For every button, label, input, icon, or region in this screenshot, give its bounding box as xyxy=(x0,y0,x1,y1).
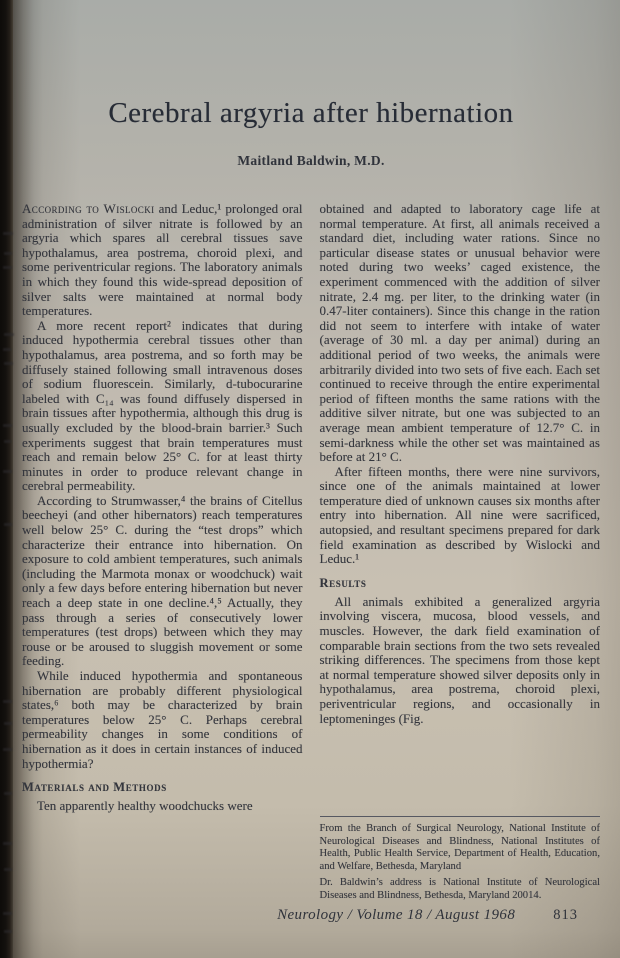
page-number: 813 xyxy=(553,907,578,924)
section-heading-results: Results xyxy=(320,576,601,590)
article-author: Maitland Baldwin, M.D. xyxy=(22,153,600,169)
page-content: Cerebral argyria after hibernation Maitl… xyxy=(22,0,600,924)
footnote-address: Dr. Baldwin’s address is National Instit… xyxy=(320,877,601,902)
paragraph-strumwasser: According to Strumwasser,⁴ the brains of… xyxy=(22,494,303,669)
paragraph-question: While induced hypothermia and spontaneou… xyxy=(22,669,303,771)
paragraph-methods-continued: obtained and adapted to laboratory cage … xyxy=(320,202,601,465)
journal-citation: Neurology / Volume 18 / August 1968 xyxy=(277,907,515,924)
small-caps-lead: According to Wislocki xyxy=(22,202,155,216)
left-column: According to Wislocki and Leduc,¹ prolon… xyxy=(22,202,303,902)
article-title: Cerebral argyria after hibernation xyxy=(22,97,600,130)
book-spine xyxy=(0,0,13,958)
paragraph-hypothermia-report: A more recent report² indicates that dur… xyxy=(22,319,303,494)
paragraph-intro-rest: and Leduc,¹ prolonged oral administratio… xyxy=(22,202,303,318)
footnote-affiliation: From the Branch of Surgical Neurology, N… xyxy=(320,823,601,873)
right-column: obtained and adapted to laboratory cage … xyxy=(320,202,601,902)
scanned-journal-page: Cerebral argyria after hibernation Maitl… xyxy=(0,0,620,958)
paragraph-intro: According to Wislocki and Leduc,¹ prolon… xyxy=(22,202,303,319)
two-column-body: According to Wislocki and Leduc,¹ prolon… xyxy=(22,202,600,902)
section-heading-materials-and-methods: Materials and Methods xyxy=(22,780,303,794)
paragraph-survivors: After fifteen months, there were nine su… xyxy=(320,465,601,567)
footnote-block: From the Branch of Surgical Neurology, N… xyxy=(320,816,601,902)
page-footer: Neurology / Volume 18 / August 1968 813 xyxy=(22,907,600,924)
paragraph-woodchucks: Ten apparently healthy woodchucks were xyxy=(22,799,303,814)
paragraph-results: All animals exhibited a generalized argy… xyxy=(320,595,601,726)
